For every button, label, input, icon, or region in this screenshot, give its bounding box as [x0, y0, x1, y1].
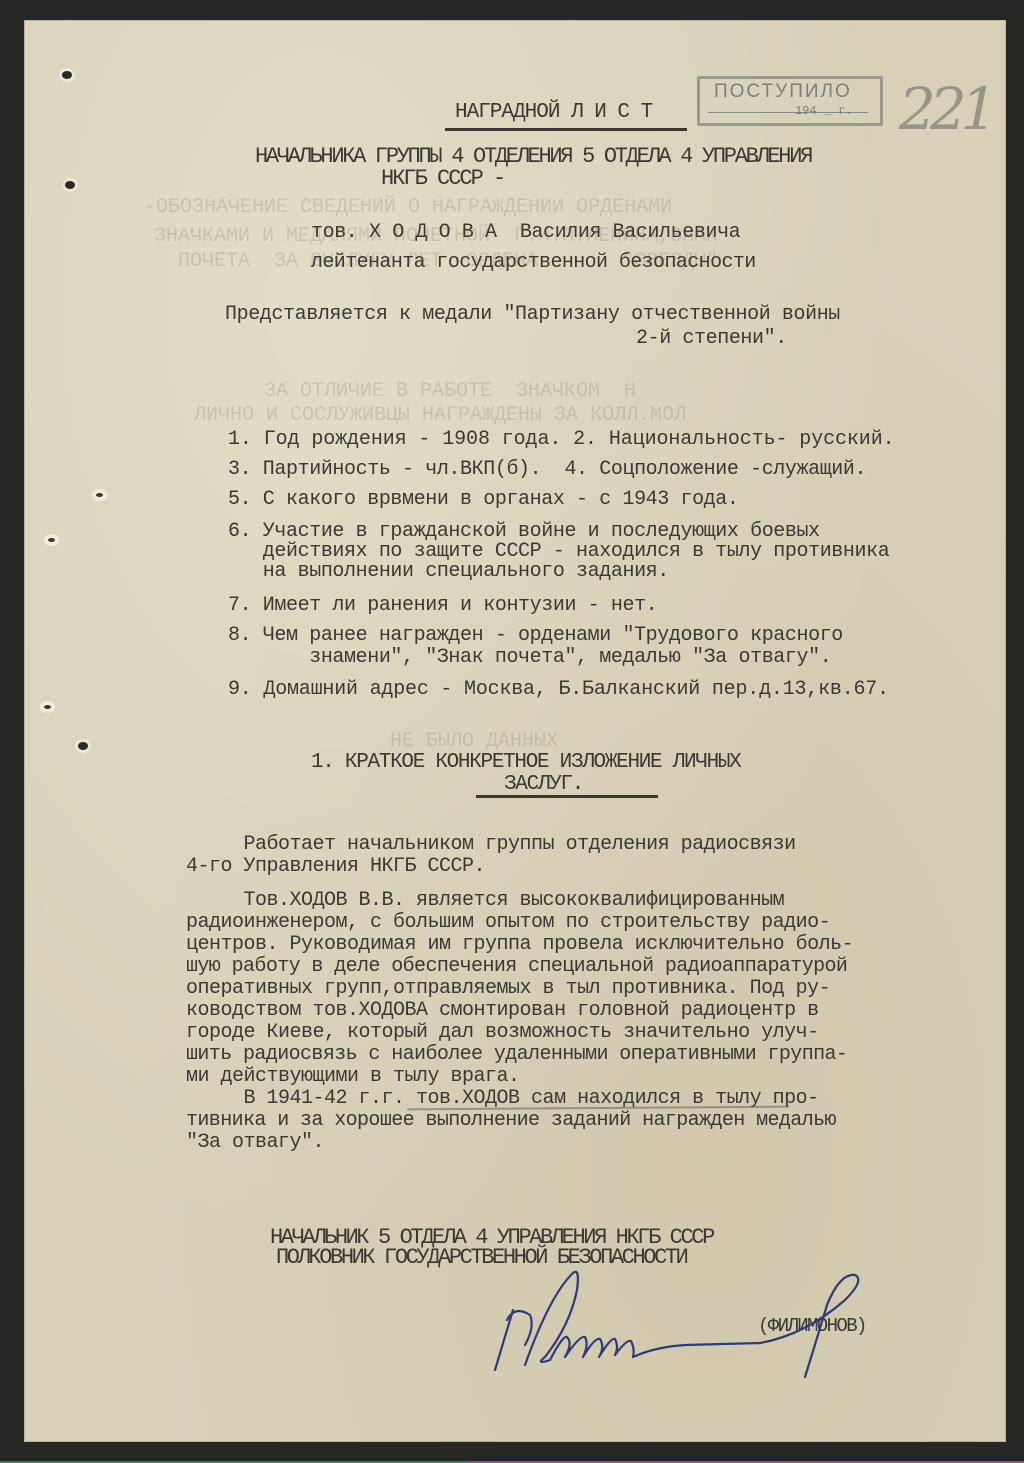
body-line: городе Киеве, который дал возможность зн…: [186, 1023, 819, 1043]
nominee-name: тов. Х О Д О В А Василия Васильевича: [311, 223, 740, 243]
title-underline: [445, 128, 687, 131]
bleed-through-text: ЗА ОТЛИЧИЕ В РАБОТЕ ЗНАЧКОМ Н: [264, 382, 636, 402]
item-line: 5. С какого врвмени в органах - с 1943 г…: [228, 490, 739, 510]
item-line: действиях по защите СССР - находился в т…: [228, 542, 889, 562]
nomination-line2: 2-й степени".: [636, 329, 787, 349]
body-line: "За отвагу".: [186, 1133, 324, 1153]
header-position-line: НАЧАЛЬНИКА ГРУППЫ 4 ОТДЕЛЕНИЯ 5 ОТДЕЛА 4…: [255, 147, 811, 167]
body-line: Работает начальником группы отделения ра…: [186, 835, 796, 855]
item-line: на выполнении специального задания.: [228, 562, 669, 582]
punch-hole: [44, 705, 51, 709]
punch-hole: [48, 538, 55, 542]
body-line: Тов.ХОДОВ В.В. является высококвалифицир…: [186, 891, 784, 911]
document-title: НАГРАДНОЙ Л И С Т: [455, 103, 652, 123]
body-line: ми действующими в тылу врага.: [186, 1067, 520, 1087]
nomination-line1: Представляется к медали "Партизану отчес…: [225, 305, 840, 325]
item-line: 9. Домашний адрес - Москва, Б.Балканский…: [228, 680, 889, 700]
document-page: -ОБОЗНАЧЕНИЕ СВЕДЕНИЙ О НАГРАЖДЕНИИ ОРДЕ…: [24, 20, 1006, 1442]
bleed-through-text: -ОБОЗНАЧЕНИЕ СВЕДЕНИЙ О НАГРАЖДЕНИИ ОРДЕ…: [144, 198, 672, 218]
item-line: 1. Год рождения - 1908 года. 2. Национал…: [228, 430, 895, 450]
stamp-date: 194 _ г.: [795, 104, 853, 118]
body-line: шить радиосвязь с наиболее удаленными оп…: [186, 1045, 847, 1065]
bleed-through-text: ЛИЧНО И СОСЛУЖИВЦЫ НАГРАЖДЕНЫ ЗА КОЛЛ.МО…: [194, 406, 686, 426]
punch-hole: [62, 71, 72, 79]
punch-hole: [65, 181, 75, 189]
header-org-line: НКГБ СССР -: [381, 169, 504, 189]
item-line: 8. Чем ранее награжден - орденами "Трудо…: [228, 626, 843, 646]
body-line: центров. Руководимая им группа провела и…: [186, 935, 853, 955]
punch-hole: [96, 493, 103, 497]
item-line: знамени", "Знак почета", медалью "За отв…: [228, 648, 831, 668]
item-line: 7. Имеет ли ранения и контузии - нет.: [228, 596, 657, 616]
body-line: тивника и за хорошее выполнение заданий …: [186, 1111, 836, 1131]
body-line: радиоинженером, с большим опытом по стро…: [186, 913, 830, 933]
section-heading-underline: [476, 795, 658, 798]
stamp-text: ПОСТУПИЛО: [714, 81, 852, 103]
body-line: ководством тов.ХОДОВА смонтирован головн…: [186, 1001, 819, 1021]
body-line: оперативных групп,отправляемых в тыл про…: [186, 979, 830, 999]
body-line: 4-го Управления НКГБ СССР.: [186, 857, 485, 877]
section-heading-line1: 1. КРАТКОЕ КОНКРЕТНОЕ ИЗЛОЖЕНИЕ ЛИЧНЫХ: [311, 753, 740, 773]
bleed-through-text: НЕ БЫЛО ДАННЫХ: [354, 732, 558, 752]
archive-page-number: 221: [899, 75, 992, 143]
punch-hole: [78, 742, 88, 750]
item-line: 3. Партийность - чл.ВКП(б). 4. Соцположе…: [228, 460, 866, 480]
item-line: 6. Участие в гражданской войне и последу…: [228, 522, 820, 542]
section-heading-line2: ЗАСЛУГ.: [504, 775, 583, 795]
handwritten-signature: [455, 1265, 915, 1385]
body-line: шую работу в деле обеспечения специально…: [186, 957, 847, 977]
received-stamp: ПОСТУПИЛО 194 _ г.: [697, 76, 883, 126]
nominee-rank: лейтенанта государственной безопасности: [311, 253, 756, 273]
